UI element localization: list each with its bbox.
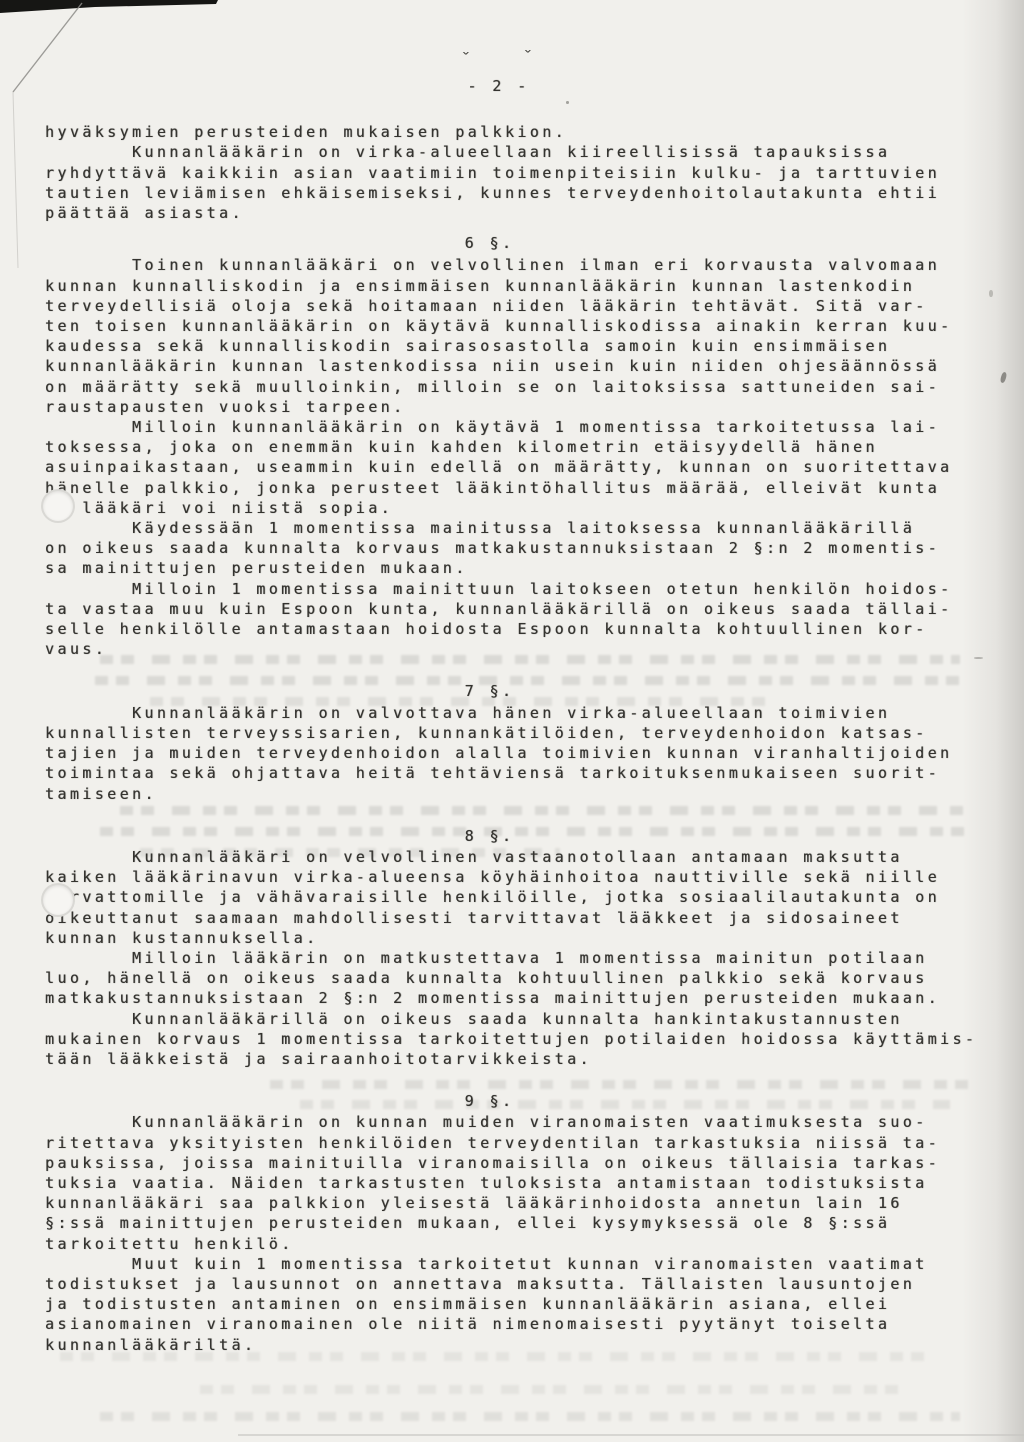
text-line: Kunnanlääkärin on kunnan muiden viranoma…	[45, 1112, 990, 1132]
text-line: ja todistusten antaminen on ensimmäisen …	[45, 1294, 990, 1314]
text-line: matkakustannuksistaan 2 §:n 2 momentissa…	[45, 988, 990, 1008]
text-line: kaiken lääkärinavun virka-alueensa köyhä…	[45, 867, 990, 887]
pencil-mark-icon: ˇ	[460, 52, 472, 67]
text-line: ta vastaa muu kuin Espoon kunta, kunnanl…	[45, 599, 990, 619]
text-line: §:ssä mainittujen perusteiden mukaan, el…	[45, 1213, 990, 1233]
text-line: toksessa, joka on enemmän kuin kahden ki…	[45, 437, 990, 457]
pencil-mark-icon: ˇ	[522, 50, 534, 65]
text-line: Kunnanlääkärin on valvottava hänen virka…	[45, 703, 990, 723]
text-line: kunnanlääkäriltä.	[45, 1335, 990, 1355]
scan-corner-artifact	[0, 0, 240, 290]
text-line: Käydessään 1 momentissa mainitussa laito…	[45, 518, 990, 538]
section-heading: 8 §.	[45, 826, 990, 846]
text-line: oikeuttanut saamaan mahdollisesti tarvit…	[45, 908, 990, 928]
text-line: Milloin kunnanlääkärin on käytävä 1 mome…	[45, 417, 990, 437]
text-line: terveydellisiä oloja sekä hoitamaan niid…	[45, 296, 990, 316]
text-line: pauksissa, joissa mainituilla viranomais…	[45, 1153, 990, 1173]
text-line: on määrätty sekä muulloinkin, milloin se…	[45, 377, 990, 397]
text-line: tään lääkkeistä ja sairaanhoitotarvikkei…	[45, 1049, 990, 1069]
hole-punch	[43, 885, 73, 915]
text-line: kunnan kustannuksella.	[45, 928, 990, 948]
document-body: hyväksymien perusteiden mukaisen palkkio…	[45, 122, 990, 1355]
text-line: vaus.	[45, 639, 990, 659]
text-line: asuinpaikastaan, useammin kuin edellä on…	[45, 457, 990, 477]
text-line: kunnanlääkärin kunnan lastenkodissa niin…	[45, 356, 990, 376]
text-line: ja lääkäri voi niistä sopia.	[45, 498, 990, 518]
text-line: ten toisen kunnanlääkärin on käytävä kun…	[45, 316, 990, 336]
page-edge-shadow	[962, 0, 1024, 1442]
scanned-page: ˇ ˇ - 2 - hyväksymien perusteiden mukais…	[0, 0, 1024, 1442]
section-heading: 9 §.	[45, 1091, 990, 1111]
text-line: tajien ja muiden terveydenhoidon alalla …	[45, 743, 990, 763]
text-line: Milloin 1 momentissa mainittuun laitokse…	[45, 579, 990, 599]
text-line: Kunnanlääkärillä on oikeus saada kunnalt…	[45, 1009, 990, 1029]
text-line: mukainen korvaus 1 momentissa tarkoitett…	[45, 1029, 990, 1049]
scan-speck	[566, 101, 569, 104]
text-line: toimintaa sekä ohjattava heitä tehtävien…	[45, 763, 990, 783]
section-heading: 7 §.	[45, 681, 990, 701]
text-line: kaudessa sekä kunnalliskodin sairasosast…	[45, 336, 990, 356]
text-line: sa mainittujen perusteiden mukaan.	[45, 558, 990, 578]
bleedthrough-artifact	[100, 1412, 960, 1421]
text-line: tamiseen.	[45, 784, 990, 804]
page-edge-line	[238, 1434, 1024, 1436]
text-line: ritettava yksityisten henkilöiden tervey…	[45, 1133, 990, 1153]
text-line: hänelle palkkio, jonka perusteet lääkint…	[45, 478, 990, 498]
text-line: turvattomille ja vähävaraisille henkilöi…	[45, 887, 990, 907]
text-line: selle henkilölle antamastaan hoidosta Es…	[45, 619, 990, 639]
text-line: Kunnanlääkäri on velvollinen vastaanotol…	[45, 847, 990, 867]
text-line: Milloin lääkärin on matkustettava 1 mome…	[45, 948, 990, 968]
text-line: raustapausten vuoksi tarpeen.	[45, 397, 990, 417]
text-line: todistukset ja lausunnot on annettava ma…	[45, 1274, 990, 1294]
text-line: Muut kuin 1 momentissa tarkoitetut kunna…	[45, 1254, 990, 1274]
text-line: on oikeus saada kunnalta korvaus matkaku…	[45, 538, 990, 558]
bleedthrough-artifact	[200, 1385, 900, 1394]
text-line: tuksia vaatia. Näiden tarkastusten tulok…	[45, 1173, 990, 1193]
text-line: asianomainen viranomainen ole niitä nime…	[45, 1314, 990, 1334]
text-line: kunnallisten terveyssisarien, kunnankäti…	[45, 723, 990, 743]
hole-punch	[43, 491, 73, 521]
text-line: luo, hänellä on oikeus saada kunnalta ko…	[45, 968, 990, 988]
text-line: kunnanlääkäri saa palkkion yleisestä lää…	[45, 1193, 990, 1213]
text-line: tarkoitettu henkilö.	[45, 1234, 990, 1254]
